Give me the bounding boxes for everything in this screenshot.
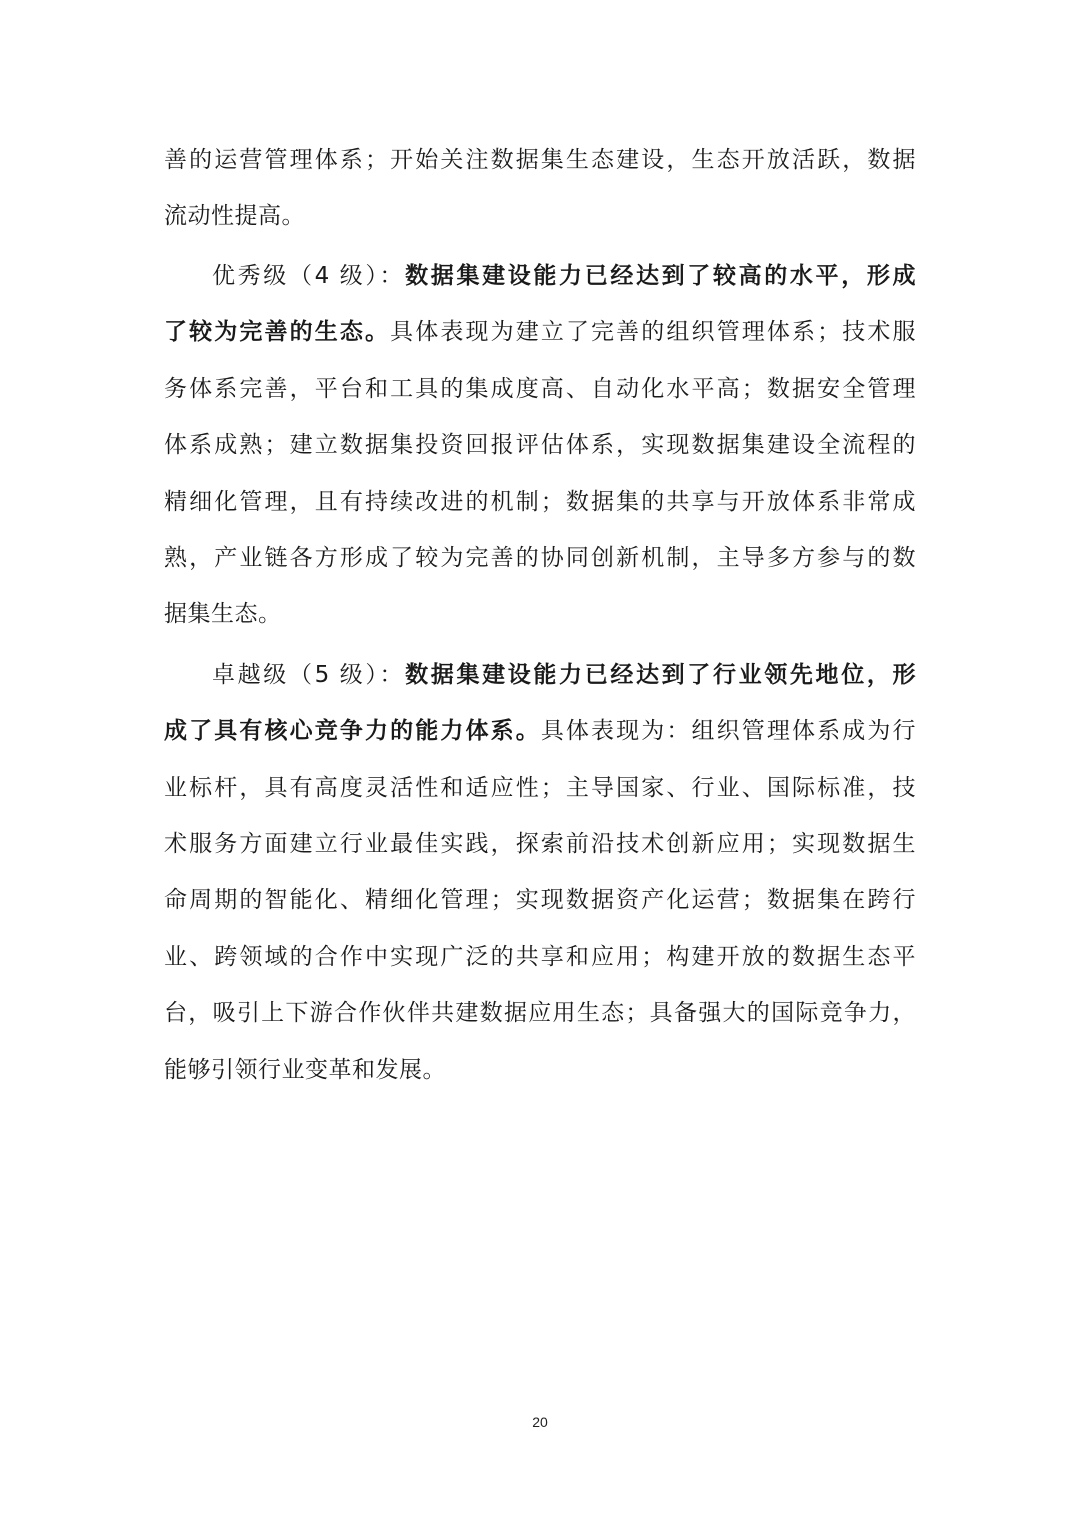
level5-label: 卓越级（5 级）： bbox=[212, 662, 405, 688]
body-text: 能够引领行业变革和发展。 bbox=[164, 1057, 446, 1083]
body-line: 能够引领行业变革和发展。 bbox=[164, 1050, 916, 1090]
body-line: 精细化管理，且有持续改进的机制；数据集的共享与开放体系非常成 bbox=[164, 482, 916, 522]
body-text: 命周期的智能化、精细化管理；实现数据资产化运营；数据集在跨行 bbox=[164, 887, 916, 913]
body-text: 具体表现为建立了完善的组织管理体系；技术服 bbox=[390, 319, 916, 345]
body-text: 术服务方面建立行业最佳实践，探索前沿技术创新应用；实现数据生 bbox=[164, 831, 916, 857]
level4-heading-line: 优秀级（4 级）：数据集建设能力已经达到了较高的水平，形成 bbox=[212, 256, 916, 296]
level4-summary: 数据集建设能力已经达到了较高的水平，形成 bbox=[405, 263, 916, 289]
body-line: 成了具有核心竞争力的能力体系。具体表现为：组织管理体系成为行 bbox=[164, 711, 916, 751]
body-line: 流动性提高。 bbox=[164, 196, 916, 236]
level5-summary-cont: 成了具有核心竞争力的能力体系。 bbox=[164, 718, 541, 744]
body-line: 体系成熟；建立数据集投资回报评估体系，实现数据集建设全流程的 bbox=[164, 425, 916, 465]
body-text: 熟，产业链各方形成了较为完善的协同创新机制，主导多方参与的数 bbox=[164, 545, 916, 571]
body-line: 业、跨领域的合作中实现广泛的共享和应用；构建开放的数据生态平 bbox=[164, 937, 916, 977]
body-line: 业标杆，具有高度灵活性和适应性；主导国家、行业、国际标准，技 bbox=[164, 768, 916, 808]
body-line: 据集生态。 bbox=[164, 594, 916, 634]
body-text: 善的运营管理体系；开始关注数据集生态建设，生态开放活跃，数据 bbox=[164, 147, 916, 173]
body-text: 流动性提高。 bbox=[164, 203, 305, 229]
body-text: 精细化管理，且有持续改进的机制；数据集的共享与开放体系非常成 bbox=[164, 489, 916, 515]
level5-heading-line: 卓越级（5 级）：数据集建设能力已经达到了行业领先地位，形 bbox=[212, 655, 916, 695]
page-number: 20 bbox=[0, 1414, 1080, 1430]
body-text: 具体表现为：组织管理体系成为行 bbox=[541, 718, 916, 744]
body-text: 据集生态。 bbox=[164, 601, 282, 627]
body-text: 体系成熟；建立数据集投资回报评估体系，实现数据集建设全流程的 bbox=[164, 432, 916, 458]
document-page: 善的运营管理体系；开始关注数据集生态建设，生态开放活跃，数据 流动性提高。 优秀… bbox=[0, 0, 1080, 1526]
body-text: 业标杆，具有高度灵活性和适应性；主导国家、行业、国际标准，技 bbox=[164, 775, 916, 801]
body-text: 台，吸引上下游合作伙伴共建数据应用生态；具备强大的国际竞争力， bbox=[164, 1000, 916, 1026]
body-line: 务体系完善，平台和工具的集成度高、自动化水平高；数据安全管理 bbox=[164, 369, 916, 409]
body-text: 务体系完善，平台和工具的集成度高、自动化水平高；数据安全管理 bbox=[164, 376, 916, 402]
body-line: 了较为完善的生态。具体表现为建立了完善的组织管理体系；技术服 bbox=[164, 312, 916, 352]
body-text: 业、跨领域的合作中实现广泛的共享和应用；构建开放的数据生态平 bbox=[164, 944, 916, 970]
body-line: 术服务方面建立行业最佳实践，探索前沿技术创新应用；实现数据生 bbox=[164, 824, 916, 864]
level5-summary: 数据集建设能力已经达到了行业领先地位，形 bbox=[405, 662, 916, 688]
level4-summary-cont: 了较为完善的生态。 bbox=[164, 319, 390, 345]
body-line: 善的运营管理体系；开始关注数据集生态建设，生态开放活跃，数据 bbox=[164, 140, 916, 180]
level4-label: 优秀级（4 级）： bbox=[212, 263, 405, 289]
body-line: 命周期的智能化、精细化管理；实现数据资产化运营；数据集在跨行 bbox=[164, 880, 916, 920]
body-line: 熟，产业链各方形成了较为完善的协同创新机制，主导多方参与的数 bbox=[164, 538, 916, 578]
body-line: 台，吸引上下游合作伙伴共建数据应用生态；具备强大的国际竞争力， bbox=[164, 993, 916, 1033]
